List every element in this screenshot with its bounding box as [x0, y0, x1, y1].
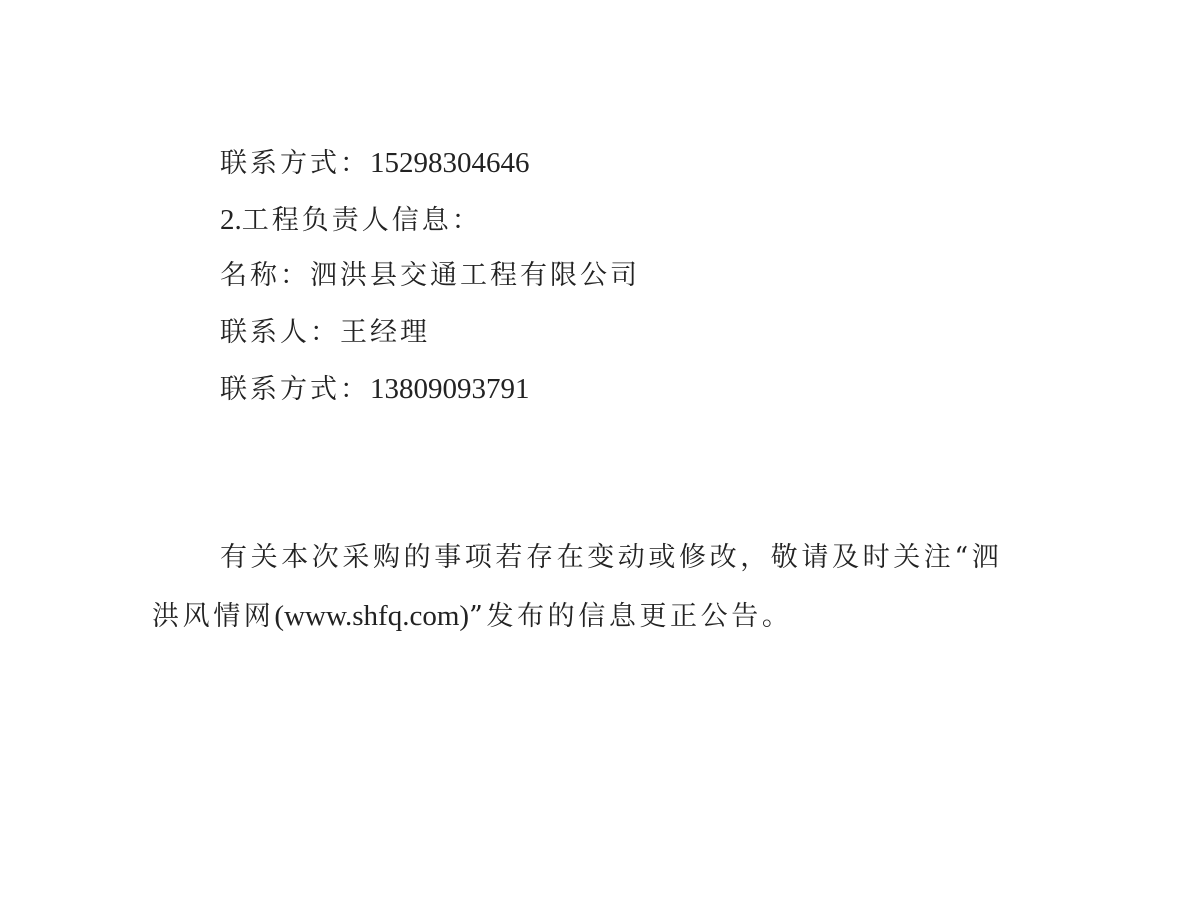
document-page: 联系方式：15298304646 2.工程负责人信息： 名称：泗洪县交通工程有限…: [0, 0, 1200, 922]
contact-phone-2: 13809093791: [370, 373, 530, 405]
section-2-heading: 2.工程负责人信息：: [220, 200, 482, 241]
contact-method-label: 联系方式：: [220, 374, 370, 405]
contact-method-label: 联系方式：: [220, 148, 370, 179]
company-name-value: 泗洪县交通工程有限公司: [310, 260, 640, 291]
notice-url: (www.shfq.com): [274, 600, 469, 632]
contact-phone-1: 15298304646: [370, 147, 530, 179]
notice-site-name: 洪风情网: [152, 601, 274, 632]
notice-paragraph-line-1: 有关本次采购的事项若存在变动或修改，敬请及时关注“泗: [220, 538, 1002, 578]
company-name-line: 名称：泗洪县交通工程有限公司: [220, 256, 640, 296]
contact-method-line-2: 联系方式：13809093791: [220, 369, 530, 410]
contact-person-value: 王经理: [340, 317, 430, 348]
contact-person-label: 联系人：: [220, 317, 340, 348]
company-name-label: 名称：: [220, 260, 310, 291]
contact-person-line: 联系人：王经理: [220, 313, 430, 353]
contact-method-line-1: 联系方式：15298304646: [220, 143, 530, 184]
notice-paragraph-line-2: 洪风情网(www.shfq.com)”发布的信息更正公告。: [152, 596, 792, 637]
section-title: 工程负责人信息：: [242, 205, 482, 236]
notice-suffix: ”发布的信息更正公告。: [469, 601, 792, 632]
section-number: 2.: [220, 204, 242, 236]
